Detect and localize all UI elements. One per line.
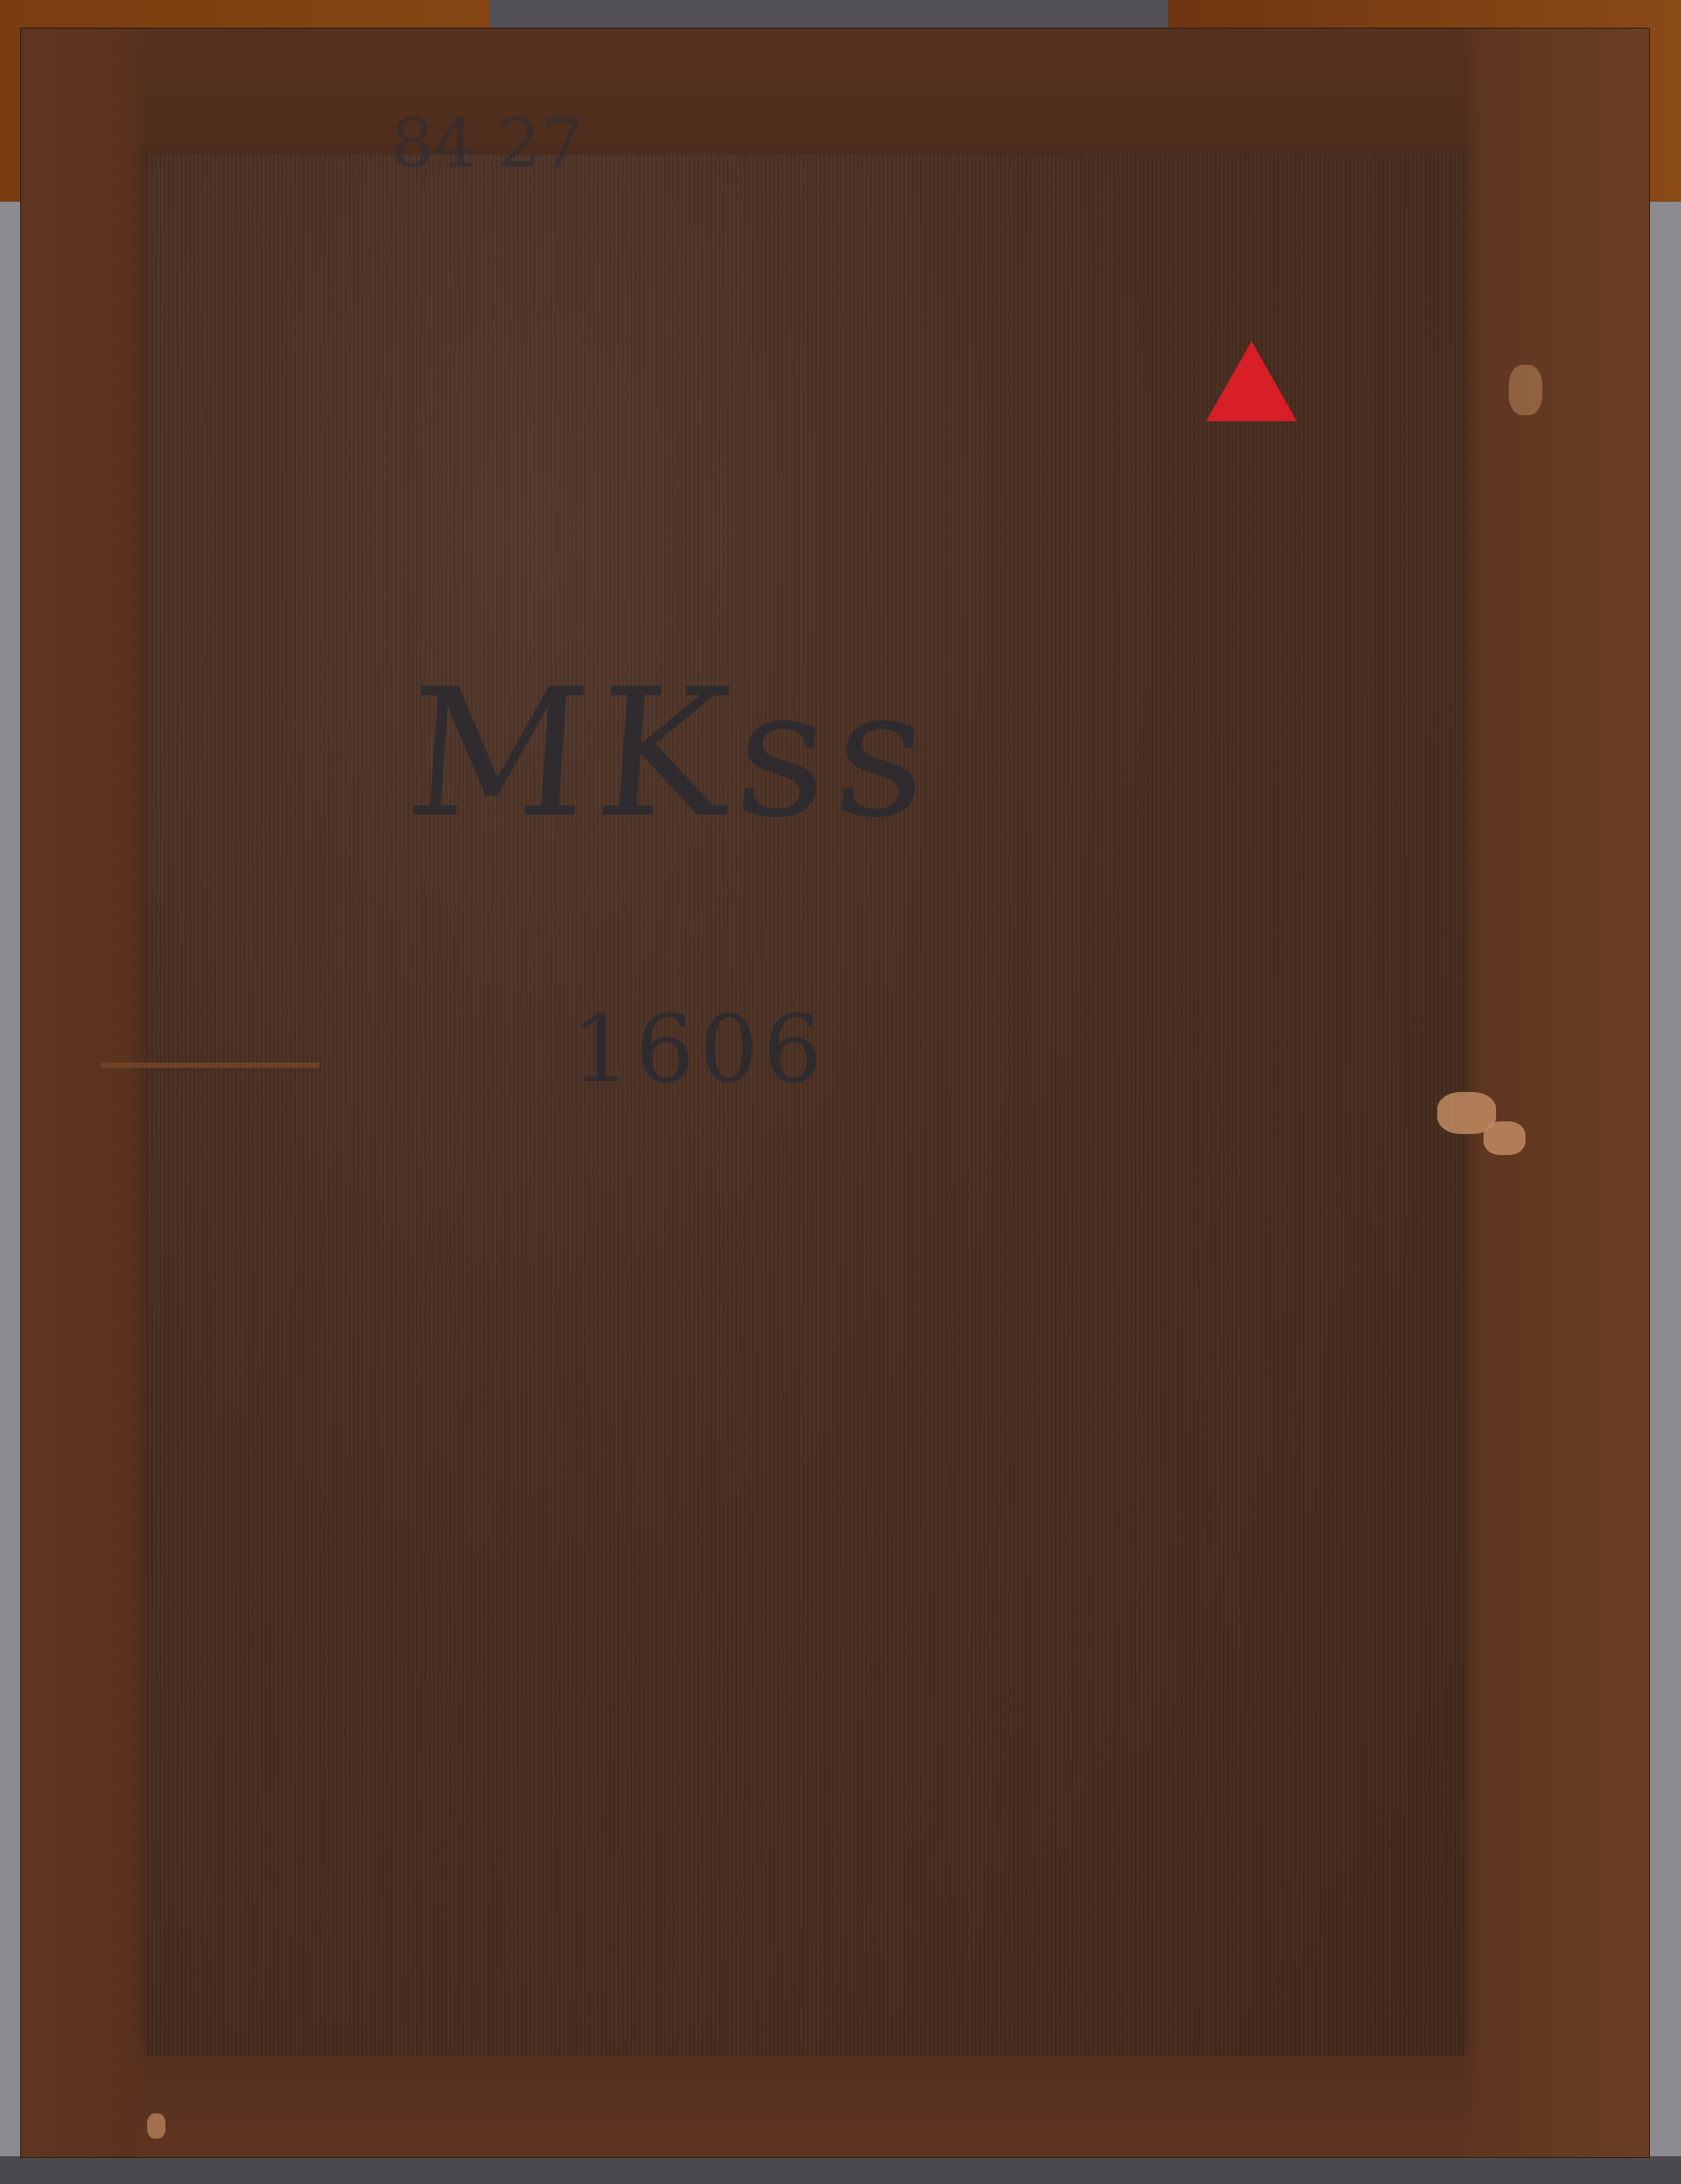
top-clamp-block [489, 0, 1168, 32]
chalk-inscription-year: 1606 [572, 995, 827, 1103]
wood-grain-texture [147, 155, 1464, 2056]
wood-chip-damage [147, 2113, 166, 2139]
wood-chip-damage [1483, 1121, 1526, 1155]
panel-center-field [147, 155, 1464, 2056]
red-triangle-mark [1206, 341, 1297, 421]
panel-crack-left [101, 1063, 319, 1068]
pencil-inscription-top: 84 27 [391, 104, 583, 182]
chalk-inscription-name: MKss [400, 651, 942, 857]
wood-chip-damage [1509, 365, 1542, 415]
backdrop-bottom-support [0, 2156, 1681, 2184]
wooden-panel: 84 27 MKss 1606 [21, 29, 1649, 2157]
